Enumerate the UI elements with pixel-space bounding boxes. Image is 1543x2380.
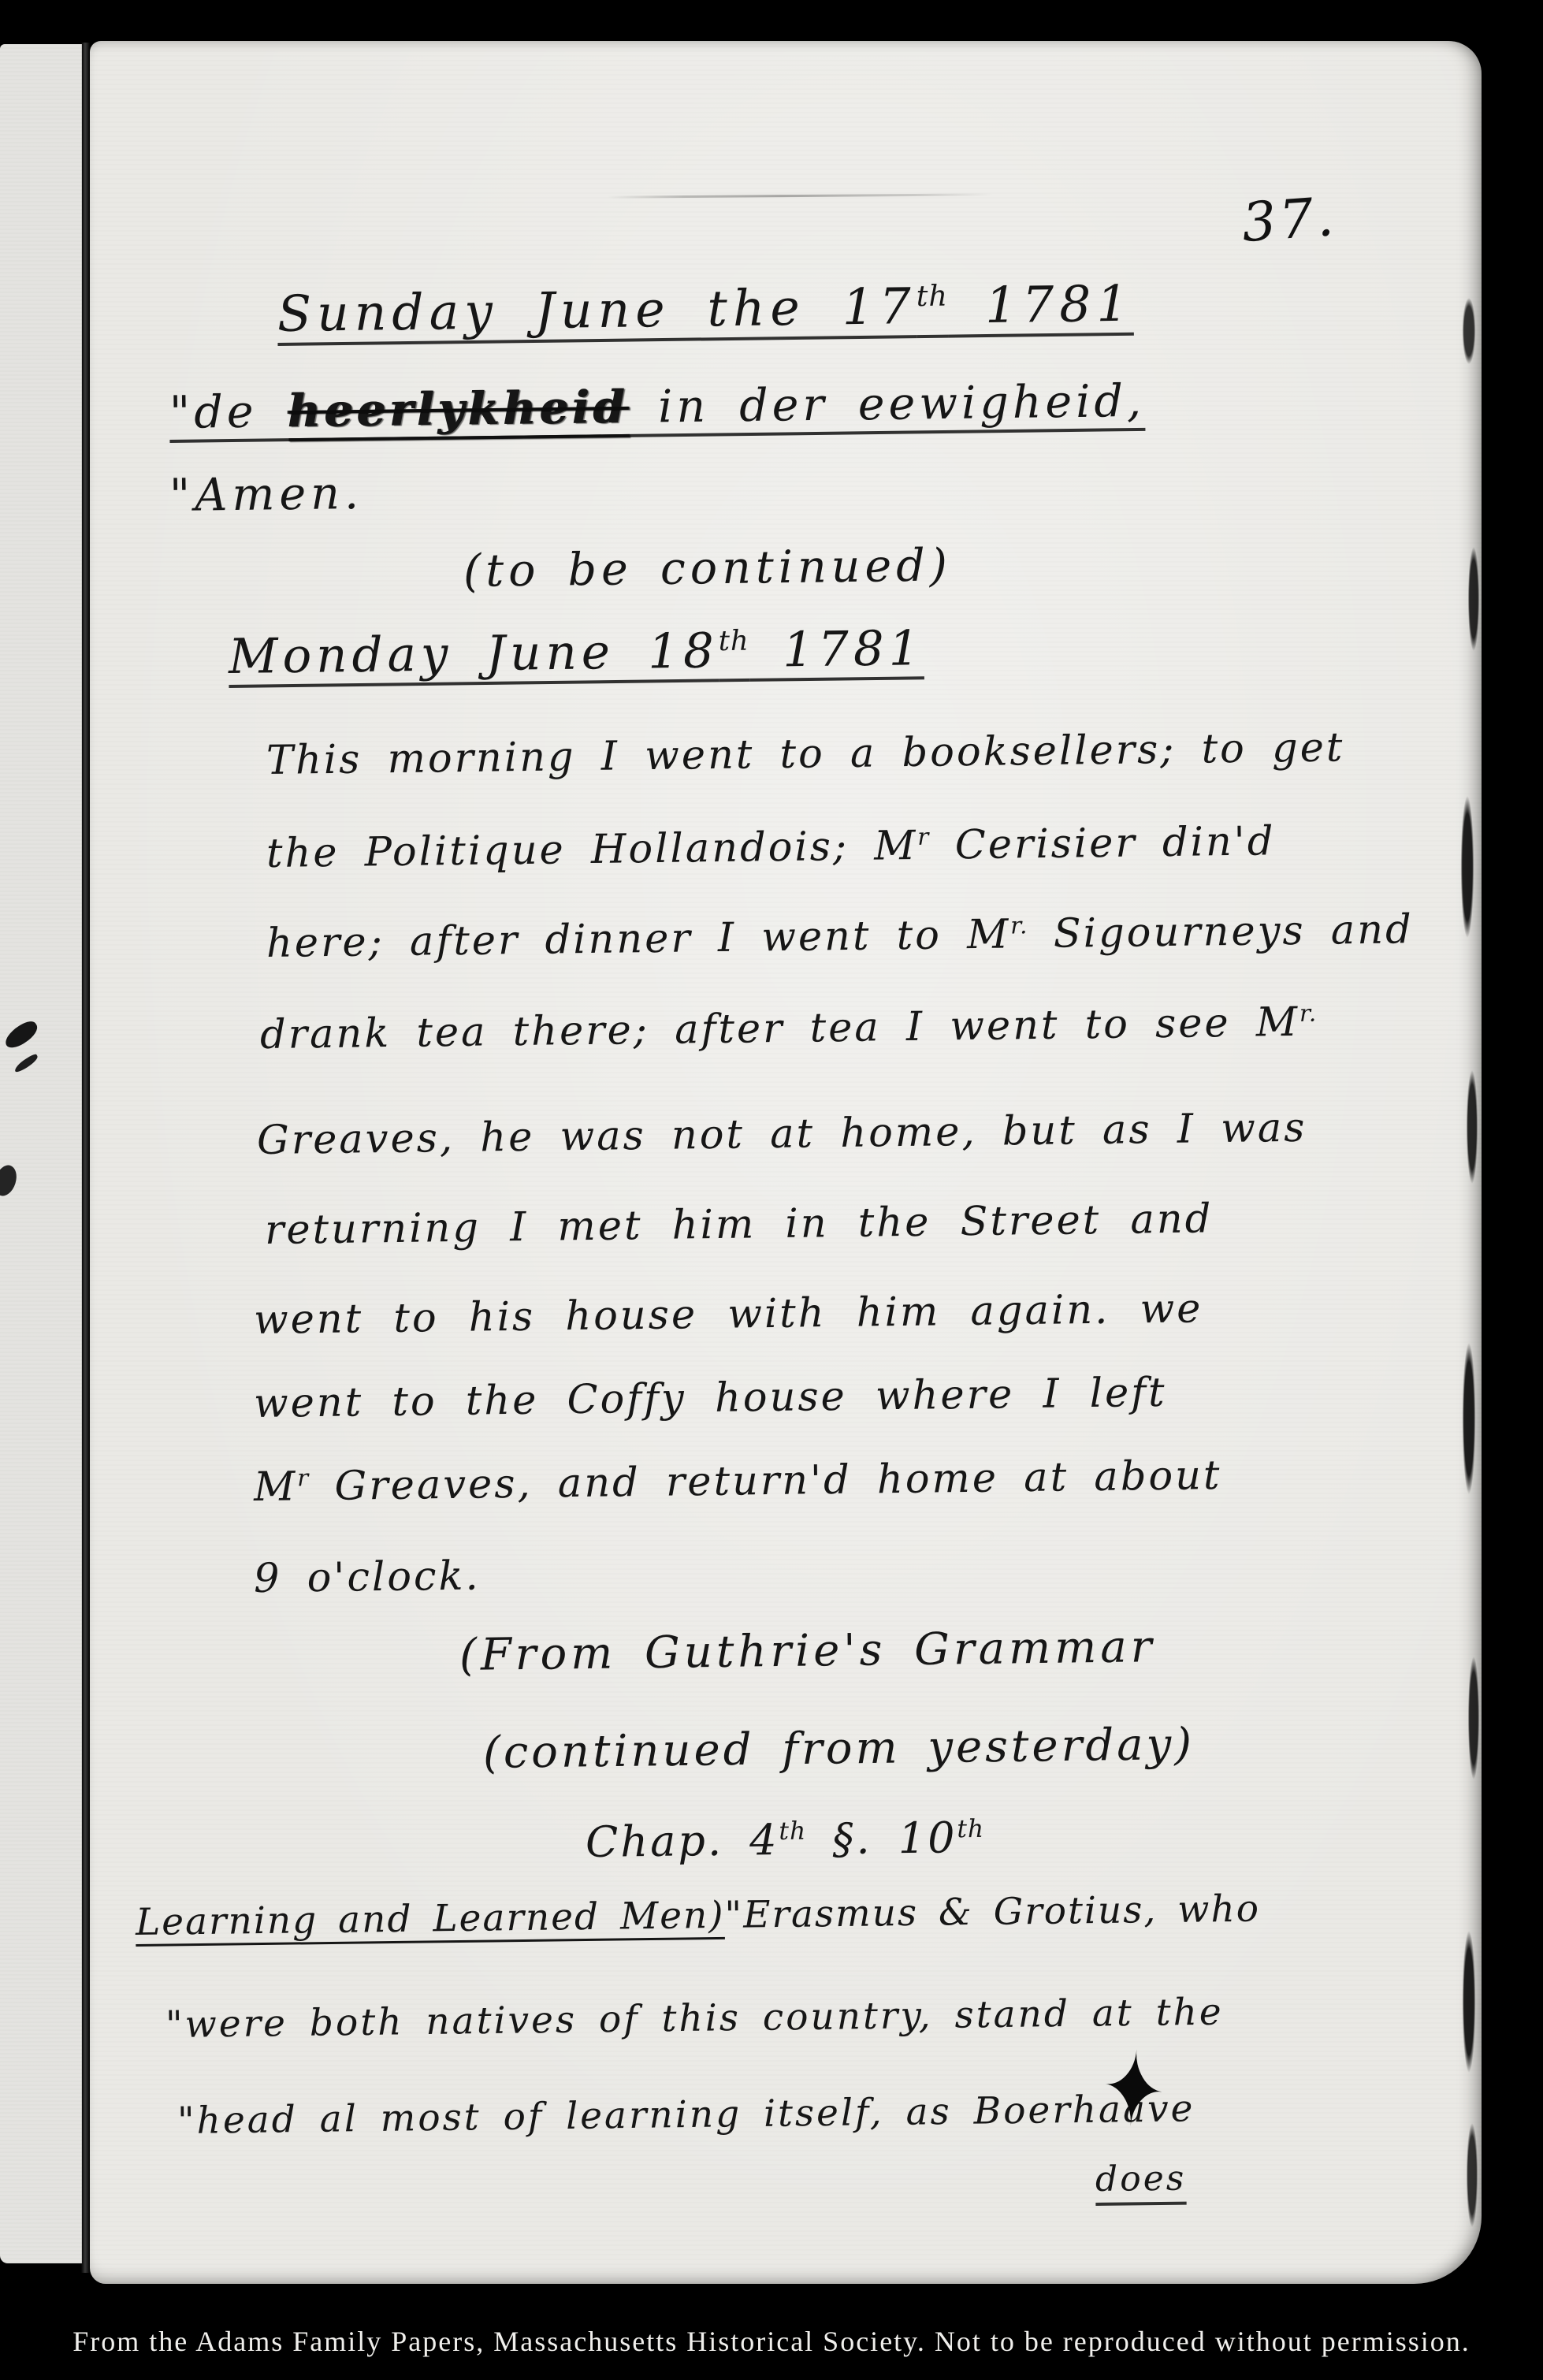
manuscript-scan: 37. Sunday June the 17th 1781"de heerlyk…	[0, 0, 1543, 2380]
page-number: 37.	[1240, 186, 1338, 255]
manuscript-line: "Amen.	[169, 467, 364, 522]
facing-page-edge	[0, 44, 82, 2263]
manuscript-line: does	[1095, 2159, 1187, 2200]
manuscript-line: Sunday June the 17th 1781	[277, 275, 1134, 343]
manuscript-line: (to be continued)	[463, 539, 953, 597]
torn-page-edge	[1445, 221, 1486, 2238]
manuscript-line: (continued from yesterday)	[483, 1719, 1195, 1779]
manuscript-line: 9 o'clock.	[254, 1553, 481, 1602]
manuscript-line: Chap. 4th §. 10th	[586, 1813, 985, 1867]
manuscript-line: Monday June 18th 1781	[229, 620, 924, 685]
book-gutter	[81, 43, 90, 2273]
ink-blot: ✦	[1097, 2026, 1169, 2154]
archive-credit-text: From the Adams Family Papers, Massachuse…	[0, 2325, 1543, 2358]
manuscript-line: (From Guthrie's Grammar	[459, 1621, 1156, 1681]
